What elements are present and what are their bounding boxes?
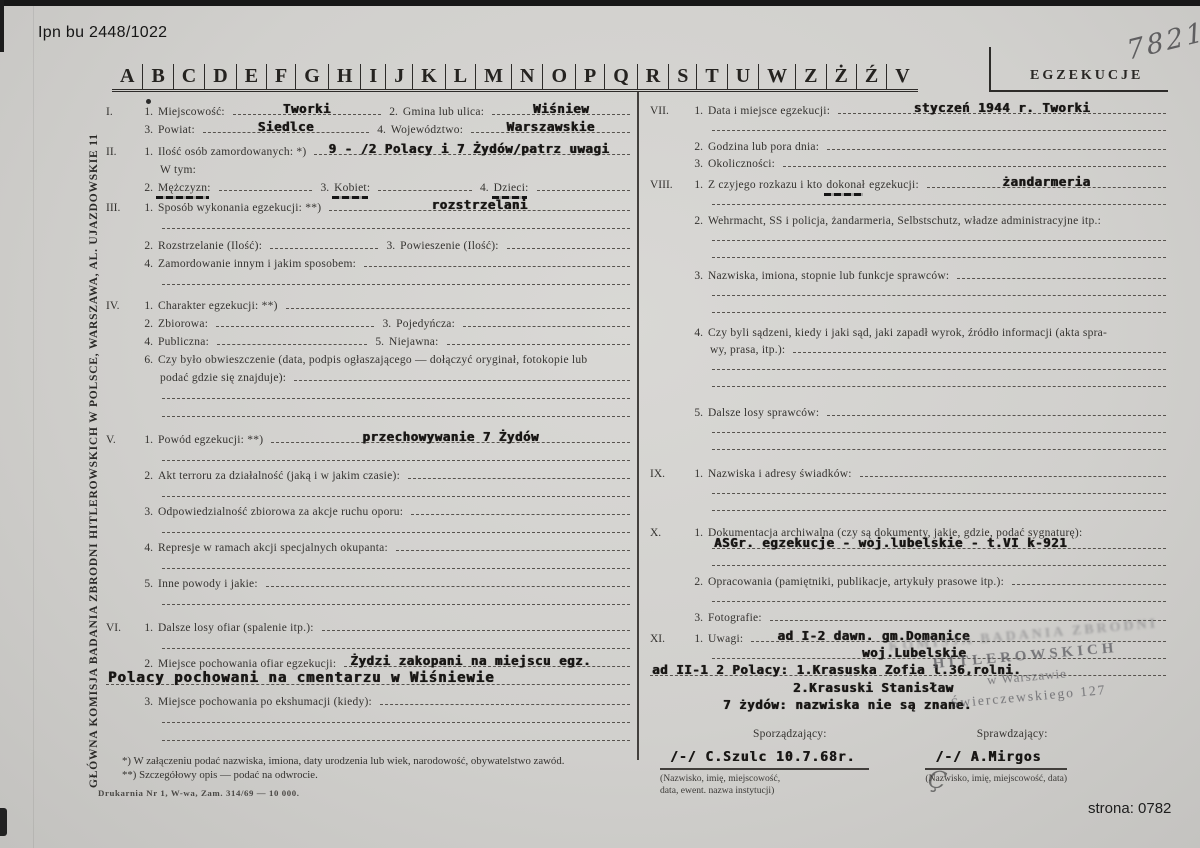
page-number: strona: 0782	[1088, 800, 1171, 817]
item-number: 3.	[140, 124, 153, 136]
field-line	[957, 264, 1166, 279]
form-row: III.1.Sposób wykonania egzekucji: **)roz…	[104, 196, 634, 214]
field-label: Sprawdzający:	[977, 728, 1048, 740]
typed-entry: ad I-2 dawn. gm.Domanice	[777, 628, 970, 643]
form-row: Polacy pochowani na cmentarzu w Wiśniewi…	[104, 670, 634, 688]
form-row: VIII.1.Z czyjego rozkazu i ktodokonałegz…	[648, 174, 1170, 191]
form-row	[648, 299, 1170, 316]
form-row	[648, 588, 1170, 605]
field-line	[380, 690, 630, 705]
field-line: Siedlce	[203, 118, 369, 133]
field-line: Wiśniew	[492, 100, 630, 115]
form-row: 7 żydów: nazwiska nie są znane.	[648, 696, 1170, 713]
form-row: 2.Miejsce pochowania ofiar egzekucji:Żyd…	[104, 652, 634, 670]
form-row: 2.Wehrmacht, SS i policja, żandarmeria, …	[648, 210, 1170, 227]
field-line: styczeń 1944 r. Tworki	[838, 99, 1166, 114]
field-line	[712, 298, 1166, 313]
form-row: 5.Dalsze losy sprawców:	[648, 402, 1170, 419]
field-label: Akt terroru za działalność (jaką i w jak…	[158, 470, 400, 482]
field-line	[783, 152, 1166, 167]
field-line: Tworki	[233, 100, 381, 115]
field-label: Zbiorowa:	[158, 318, 208, 330]
item-number: 3.	[382, 240, 395, 252]
form-row: W tym:	[104, 158, 634, 176]
field-line	[219, 176, 312, 191]
form-row	[104, 446, 634, 464]
form-row: 2.Akt terroru za działalność (jaką i w j…	[104, 464, 634, 482]
form-row	[104, 634, 634, 652]
alphabet-letter: V	[887, 64, 917, 89]
form-row: IV.1.Charakter egzekucji: **)	[104, 294, 634, 312]
field-label: Fotografie:	[708, 612, 762, 624]
form-row: 2.Mężczyzn:3.Kobiet:4.Dzieci:	[104, 176, 634, 194]
handwritten-number: 7821	[1125, 16, 1200, 66]
form-row	[648, 552, 1170, 569]
item-number: 1.	[140, 434, 153, 446]
section-numeral: VIII.	[648, 179, 690, 191]
typed-entry: Tworki	[283, 101, 331, 116]
item-number: 5.	[690, 407, 703, 419]
field-line	[162, 708, 630, 723]
form-row: I.1.Miejscowość:Tworki2.Gmina lub ulica:…	[104, 100, 634, 118]
field-line	[712, 355, 1166, 370]
field-line: Żydzi zakopani na miejscu egz.	[344, 652, 630, 667]
typed-entry: Siedlce	[258, 119, 314, 134]
field-line	[712, 479, 1166, 494]
section-numeral: I.	[104, 106, 140, 118]
form-row: 2.Zbiorowa:3.Pojedyńcza:	[104, 312, 634, 330]
alphabet-letter: Ż	[827, 64, 857, 89]
form-row	[104, 384, 634, 402]
field-line	[411, 500, 630, 515]
field-line	[712, 281, 1166, 296]
alphabet-letter: D	[205, 64, 236, 89]
field-line	[1012, 570, 1166, 585]
item-number: 3.	[316, 182, 329, 194]
field-line: woj.Lubelskie	[712, 644, 1166, 659]
alphabet-letter: P	[576, 64, 605, 89]
section-numeral: IV.	[104, 300, 140, 312]
field-label: Dzieci:	[494, 182, 529, 194]
field-label: Charakter egzekucji: **)	[158, 300, 278, 312]
field-line	[396, 536, 630, 551]
item-number: 1.	[140, 622, 153, 634]
field-line	[712, 418, 1166, 433]
field-label: Rozstrzelanie (Ilość):	[158, 240, 262, 252]
field-label: W tym:	[160, 164, 196, 176]
signature-checked: /-/ A.Mirgos (Nazwisko, imię, miejscowoś…	[925, 750, 1067, 798]
alphabet-letter: K	[413, 64, 446, 89]
field-line	[162, 482, 630, 497]
form-row: ASGr. egzekucje - woj.lubelskie - t.VI k…	[648, 535, 1170, 552]
form-row: 2.Godzina lub pora dnia:	[648, 136, 1170, 153]
alphabet-letter: R	[638, 64, 669, 89]
item-number: 3.	[690, 158, 703, 170]
alphabet-letter: S	[669, 64, 697, 89]
alphabet-letter: L	[446, 64, 476, 89]
signature-prepared-name: /-/ C.Szulc 10.7.68r.	[660, 750, 869, 770]
field-line	[712, 496, 1166, 511]
commission-side-label: GŁÓWNA KOMISJA BADANIA ZBRODNI HITLEROWS…	[88, 118, 100, 788]
field-line	[507, 234, 630, 249]
form-row: VII.1.Data i miejsce egzekucji:styczeń 1…	[648, 100, 1170, 117]
form-row	[104, 518, 634, 536]
field-label: Powiat:	[158, 124, 195, 136]
form-row: 5.Inne powody i jakie:	[104, 572, 634, 590]
form-row: wy, prasa, itp.):	[648, 339, 1170, 356]
alphabet-letter: Q	[605, 64, 638, 89]
item-number: 2.	[690, 576, 703, 588]
item-number: 1.	[690, 468, 703, 480]
field-line: żandarmeria	[927, 173, 1166, 188]
typed-entry: rozstrzelani	[431, 197, 527, 212]
field-line	[378, 176, 471, 191]
field-line	[712, 243, 1166, 258]
field-label: Powieszenie (Ilość):	[400, 240, 499, 252]
item-number: 3.	[140, 506, 153, 518]
field-line	[463, 312, 630, 327]
form-row	[104, 554, 634, 572]
form-row: XI.1.Uwagi:ad I-2 dawn. gm.Domanice	[648, 628, 1170, 645]
typed-entry: woj.Lubelskie	[862, 645, 966, 660]
item-number: 1.	[690, 105, 703, 117]
column-divider	[637, 92, 639, 760]
field-line	[860, 462, 1166, 477]
signatures: /-/ C.Szulc 10.7.68r. (Nazwisko, imię, m…	[660, 750, 1170, 798]
field-line	[162, 446, 630, 461]
form-row: 2.Krasuski Stanisław	[648, 679, 1170, 696]
form-row: 4.Represje w ramach akcji specjalnych ok…	[104, 536, 634, 554]
form-row	[104, 590, 634, 608]
field-label: Ilość osób zamordowanych: *)	[158, 146, 306, 158]
field-label: Okoliczności:	[708, 158, 775, 170]
form-row	[648, 480, 1170, 497]
field-line	[447, 330, 630, 345]
field-line	[162, 634, 630, 649]
alphabet-letter: E	[237, 64, 267, 89]
item-number: 4.	[140, 336, 153, 348]
field-line	[217, 330, 367, 345]
form-row	[648, 244, 1170, 261]
form-row	[648, 117, 1170, 134]
item-number: 2.	[140, 658, 153, 670]
field-line: Polacy pochowani na cmentarzu w Wiśniewi…	[106, 670, 630, 685]
form-row: 3.Nazwiska, imiona, stopnie lub funkcje …	[648, 265, 1170, 282]
form-row	[104, 214, 634, 232]
form-right-column: VII.1.Data i miejsce egzekucji:styczeń 1…	[648, 100, 1170, 798]
item-number: 3.	[690, 270, 703, 282]
form-row: podać gdzie się znajduje):	[104, 366, 634, 384]
field-line	[712, 116, 1166, 131]
field-line	[294, 366, 630, 381]
form-row: 4.Zamordowanie innym i jakim sposobem:	[104, 252, 634, 270]
field-line	[827, 401, 1166, 416]
section-numeral: IX.	[648, 468, 690, 480]
form-row	[648, 191, 1170, 208]
form-row: 3.Powiat:Siedlce4.Województwo:Warszawski…	[104, 118, 634, 136]
item-number: 2.	[140, 240, 153, 252]
form-row	[648, 282, 1170, 299]
form-row: 4.Czy byli sądzeni, kiedy i jaki sąd, ja…	[648, 322, 1170, 339]
alphabet-letter: W	[759, 64, 796, 89]
form-row	[104, 708, 634, 726]
field-label: Inne powody i jakie:	[158, 578, 258, 590]
field-line: ad II-1 2 Polacy: 1.Krasuska Zofia l.36,…	[650, 661, 1166, 676]
form-row	[648, 497, 1170, 514]
archive-reference: Ipn bu 2448/1022	[38, 24, 167, 42]
field-label: Miejscowość:	[158, 106, 225, 118]
alphabet-letter: H	[329, 64, 362, 89]
field-line: Warszawskie	[471, 118, 630, 133]
item-number: 4.	[476, 182, 489, 194]
field-line	[286, 294, 630, 309]
field-line	[162, 402, 630, 417]
signature-checked-caption: (Nazwisko, imię, miejscowość, data)	[925, 773, 1067, 785]
field-line	[270, 234, 378, 249]
form-row	[104, 402, 634, 420]
item-number: 1.	[690, 633, 703, 645]
field-line	[712, 226, 1166, 241]
typed-entry: ASGr. egzekucje - woj.lubelskie - t.VI k…	[714, 535, 1067, 550]
field-line	[162, 554, 630, 569]
typed-entry: żandarmeria	[1002, 174, 1090, 189]
item-number: 1.	[140, 202, 153, 214]
typed-entry: ad II-1 2 Polacy: 1.Krasuska Zofia l.36,…	[652, 662, 1021, 677]
alphabet-letter: A	[112, 64, 143, 89]
form-row: 3.Okoliczności:	[648, 153, 1170, 170]
footnote-2: **) Szczegółowy opis — podać na odwrocie…	[104, 768, 624, 782]
field-line: ad I-2 dawn. gm.Domanice	[751, 627, 1166, 642]
form-row: 3.Odpowiedzialność zbiorowa za akcje ruc…	[104, 500, 634, 518]
form-row: II.1.Ilość osób zamordowanych: *)9 - /2 …	[104, 140, 634, 158]
item-number: 3.	[378, 318, 391, 330]
field-line	[712, 190, 1166, 205]
field-line	[537, 176, 630, 191]
typed-entry: 2.Krasuski Stanisław	[793, 680, 954, 695]
section-numeral: VII.	[648, 105, 690, 117]
item-number: 1.	[140, 106, 153, 118]
typed-entry: Warszawskie	[506, 119, 594, 134]
field-label: Sporządzający:	[753, 728, 827, 740]
form-row: 3.Miejsce pochowania po ekshumacji (kied…	[104, 690, 634, 708]
item-number: 6.	[140, 354, 153, 366]
alphabet-letter: U	[728, 64, 759, 89]
field-line	[712, 587, 1166, 602]
alphabet-letter: O	[543, 64, 576, 89]
item-number: 1.	[690, 179, 703, 191]
field-line: rozstrzelani	[329, 196, 630, 211]
form-row: V.1.Powód egzekucji: **)przechowywanie 7…	[104, 428, 634, 446]
item-number: 2.	[140, 182, 153, 194]
header-divider-bar	[989, 47, 991, 92]
form-row: woj.Lubelskie	[648, 645, 1170, 662]
item-number: 4.	[140, 542, 153, 554]
item-number: 3.	[140, 696, 153, 708]
field-line	[162, 214, 630, 229]
field-label: Mężczyzn:	[158, 182, 211, 194]
signature-prepared: /-/ C.Szulc 10.7.68r. (Nazwisko, imię, m…	[660, 750, 869, 798]
typed-entry: 7 żydów: nazwiska nie są znane.	[723, 697, 972, 712]
field-line	[712, 551, 1166, 566]
scan-edge-mark	[0, 808, 7, 836]
typed-entry: 9 - /2 Polacy i 7 Żydów/patrz uwagi	[328, 141, 609, 156]
header-rule	[989, 90, 1168, 92]
field-line	[364, 252, 630, 267]
alphabet-letter: G	[296, 64, 329, 89]
field-line	[827, 135, 1166, 150]
field-label: Niejawna:	[389, 336, 439, 348]
alphabet-letter: J	[386, 64, 413, 89]
field-line	[322, 616, 630, 631]
form-row: 2.Rozstrzelanie (Ilość):3.Powieszenie (I…	[104, 234, 634, 252]
field-label: Zamordowanie innym i jakim sposobem:	[158, 258, 356, 270]
field-line	[216, 312, 374, 327]
field-label: Województwo:	[391, 124, 463, 136]
item-number: 2.	[385, 106, 398, 118]
form-row	[648, 227, 1170, 244]
typed-entry: styczeń 1944 r. Tworki	[914, 100, 1091, 115]
alphabet-letter: T	[697, 64, 727, 89]
form-row	[648, 419, 1170, 436]
field-line	[162, 726, 630, 741]
field-label: Publiczna:	[158, 336, 209, 348]
field-line	[793, 338, 1166, 353]
signature-checked-name: /-/ A.Mirgos	[925, 750, 1067, 770]
typed-entry: Polacy pochowani na cmentarzu w Wiśniewi…	[108, 670, 495, 686]
item-number: 1.	[140, 300, 153, 312]
form-row: 3.Fotografie:	[648, 607, 1170, 624]
item-number: 2.	[690, 215, 703, 227]
field-line: 9 - /2 Polacy i 7 Żydów/patrz uwagi	[314, 140, 630, 155]
alphabet-letter: Z	[796, 64, 826, 89]
field-line	[408, 464, 630, 479]
alphabet-letter: M	[476, 64, 512, 89]
item-number: 4.	[690, 327, 703, 339]
form-row	[648, 436, 1170, 453]
typed-entry: Wiśniew	[533, 101, 589, 116]
section-numeral: V.	[104, 434, 140, 446]
form-row	[104, 270, 634, 288]
form-row	[648, 373, 1170, 390]
field-label: Miejsce pochowania po ekshumacji (kiedy)…	[158, 696, 372, 708]
field-line: przechowywanie 7 Żydów	[271, 428, 630, 443]
item-number: 1.	[140, 146, 153, 158]
field-label: Powód egzekucji: **)	[158, 434, 263, 446]
field-label: Kobiet:	[334, 182, 370, 194]
field-label: Sposób wykonania egzekucji: **)	[158, 202, 321, 214]
scan-edge-top	[0, 0, 1200, 6]
field-label: Dalsze losy ofiar (spalenie itp.):	[158, 622, 314, 634]
field-line	[266, 572, 630, 587]
scan-edge-left	[0, 0, 4, 52]
item-number: 2.	[690, 141, 703, 153]
category-label: EGZEKUCJE	[1030, 68, 1143, 84]
form-row: ad II-1 2 Polacy: 1.Krasuska Zofia l.36,…	[648, 662, 1170, 679]
field-line	[162, 270, 630, 285]
field-line	[162, 518, 630, 533]
printer-imprint: Drukarnia Nr 1, W-wa, Zam. 314/69 — 10 0…	[98, 788, 624, 800]
field-label: Pojedyńcza:	[396, 318, 455, 330]
field-line	[162, 384, 630, 399]
signature-prepared-caption: (Nazwisko, imię, miejscowość, data, ewen…	[660, 773, 869, 798]
alphabet-letter: I	[361, 64, 386, 89]
form-row: 4.Publiczna:5.Niejawna:	[104, 330, 634, 348]
field-label: Represje w ramach akcji specjalnych okup…	[158, 542, 388, 554]
form-row	[104, 726, 634, 744]
field-label: podać gdzie się znajduje):	[160, 372, 286, 384]
section-numeral: III.	[104, 202, 140, 214]
alphabet-letter: N	[512, 64, 543, 89]
field-line	[712, 435, 1166, 450]
form-row: IX.1.Nazwiska i adresy świadków:	[648, 463, 1170, 480]
footnote-1: *) W załączeniu podać nazwiska, imiona, …	[104, 754, 624, 768]
form-row: 2.Opracowania (pamiętniki, publikacje, a…	[648, 571, 1170, 588]
field-label: Gmina lub ulica:	[403, 106, 484, 118]
field-line	[770, 606, 1166, 621]
section-numeral: VI.	[104, 622, 140, 634]
section-numeral: II.	[104, 146, 140, 158]
item-number: 2.	[140, 470, 153, 482]
form-row: VI.1.Dalsze losy ofiar (spalenie itp.):	[104, 616, 634, 634]
form-row	[104, 482, 634, 500]
field-line: ASGr. egzekucje - woj.lubelskie - t.VI k…	[712, 534, 1166, 549]
typed-entry: Żydzi zakopani na miejscu egz.	[350, 653, 591, 668]
footnotes: *) W załączeniu podać nazwiska, imiona, …	[104, 754, 624, 799]
alphabet-letter: F	[267, 64, 296, 89]
field-line	[712, 372, 1166, 387]
field-label: Czy było obwieszczenie (data, podpis ogł…	[158, 354, 587, 366]
alphabet-index: ABCDEFGHIJKLMNOPQRSTUWZŻŹV	[112, 64, 918, 92]
item-number: 4.	[373, 124, 386, 136]
typed-entry: przechowywanie 7 Żydów	[362, 429, 539, 444]
form-left-column: I.1.Miejscowość:Tworki2.Gmina lub ulica:…	[104, 100, 634, 799]
alphabet-letter: Ź	[857, 64, 887, 89]
field-line	[162, 590, 630, 605]
item-number: 4.	[140, 258, 153, 270]
field-label: Miejsce pochowania ofiar egzekucji:	[158, 658, 336, 670]
item-number: 5.	[371, 336, 384, 348]
section-numeral: XI.	[648, 633, 690, 645]
alphabet-letter: C	[174, 64, 205, 89]
item-number: 3.	[690, 612, 703, 624]
field-label: Odpowiedzialność zbiorowa za akcje ruchu…	[158, 506, 403, 518]
form-row: Sporządzający:Sprawdzający:	[648, 723, 1170, 740]
form-row	[648, 356, 1170, 373]
form-row: 6.Czy było obwieszczenie (data, podpis o…	[104, 348, 634, 366]
item-number: 5.	[140, 578, 153, 590]
alphabet-letter: B	[143, 64, 173, 89]
item-number: 2.	[140, 318, 153, 330]
scan-fold-line	[33, 6, 34, 848]
